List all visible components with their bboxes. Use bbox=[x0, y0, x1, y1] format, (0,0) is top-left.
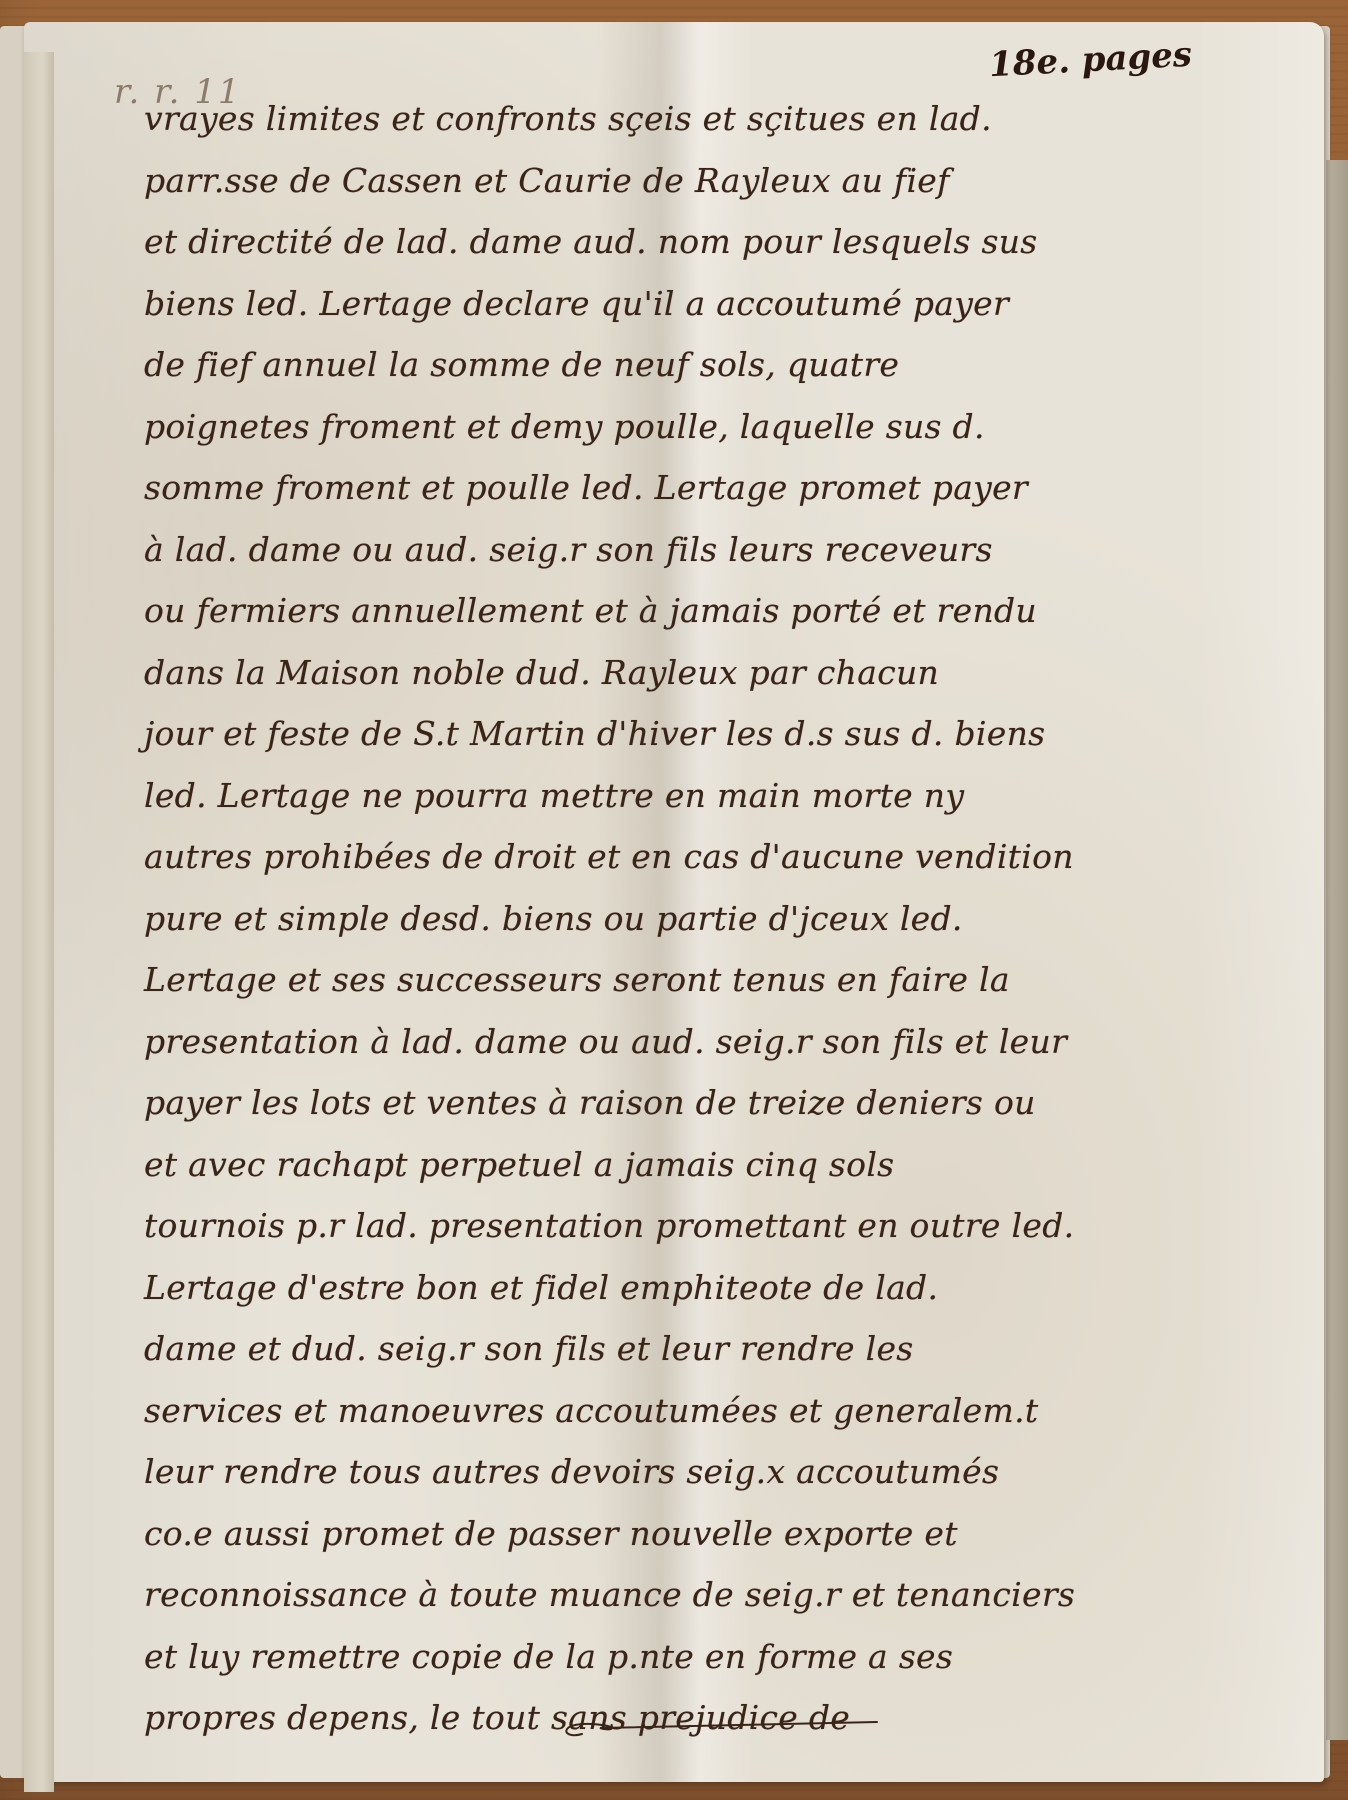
text-line: Lertage d'estre bon et fidel emphiteote … bbox=[144, 1257, 1294, 1319]
text-line: et avec rachapt perpetuel a jamais cinq … bbox=[144, 1134, 1294, 1196]
text-line: à lad. dame ou aud. seig.r son fils leur… bbox=[144, 519, 1294, 581]
text-line: payer les lots et ventes à raison de tre… bbox=[144, 1072, 1294, 1134]
text-line: dame et dud. seig.r son fils et leur ren… bbox=[144, 1318, 1294, 1380]
text-line: leur rendre tous autres devoirs seig.x a… bbox=[144, 1441, 1294, 1503]
page-stack-edge bbox=[1326, 160, 1348, 1740]
text-line: et luy remettre copie de la p.nte en for… bbox=[144, 1626, 1294, 1688]
text-line: presentation à lad. dame ou aud. seig.r … bbox=[144, 1011, 1294, 1073]
text-line: services et manoeuvres accoutumées et ge… bbox=[144, 1380, 1294, 1442]
text-line: pure et simple desd. biens ou partie d'j… bbox=[144, 888, 1294, 950]
text-line: et directité de lad. dame aud. nom pour … bbox=[144, 211, 1294, 273]
text-line: somme froment et poulle led. Lertage pro… bbox=[144, 457, 1294, 519]
text-line: biens led. Lertage declare qu'il a accou… bbox=[144, 273, 1294, 335]
text-line: autres prohibées de droit et en cas d'au… bbox=[144, 826, 1294, 888]
text-line: tournois p.r lad. presentation promettan… bbox=[144, 1195, 1294, 1257]
text-line: jour et feste de S.t Martin d'hiver les … bbox=[144, 703, 1294, 765]
text-line: dans la Maison noble dud. Rayleux par ch… bbox=[144, 642, 1294, 704]
text-line: Lertage et ses successeurs seront tenus … bbox=[144, 949, 1294, 1011]
page-label: 18e. pages bbox=[988, 35, 1193, 86]
text-line: parr.sse de Cassen et Caurie de Rayleux … bbox=[144, 150, 1294, 212]
text-line: ou fermiers annuellement et à jamais por… bbox=[144, 580, 1294, 642]
manuscript-page: r. r. 11 18e. pages vrayes limites et co… bbox=[24, 22, 1324, 1782]
text-line: de fief annuel la somme de neuf sols, qu… bbox=[144, 334, 1294, 396]
text-line: led. Lertage ne pourra mettre en main mo… bbox=[144, 765, 1294, 827]
manuscript-text: vrayes limites et confronts sçeis et sçi… bbox=[144, 88, 1294, 1749]
binding-edge bbox=[24, 52, 54, 1792]
text-line: reconnoissance à toute muance de seig.r … bbox=[144, 1564, 1294, 1626]
text-line: co.e aussi promet de passer nouvelle exp… bbox=[144, 1503, 1294, 1565]
closing-flourish-icon bbox=[552, 1712, 882, 1742]
text-line: poignetes froment et demy poulle, laquel… bbox=[144, 396, 1294, 458]
text-line: vrayes limites et confronts sçeis et sçi… bbox=[144, 88, 1294, 150]
